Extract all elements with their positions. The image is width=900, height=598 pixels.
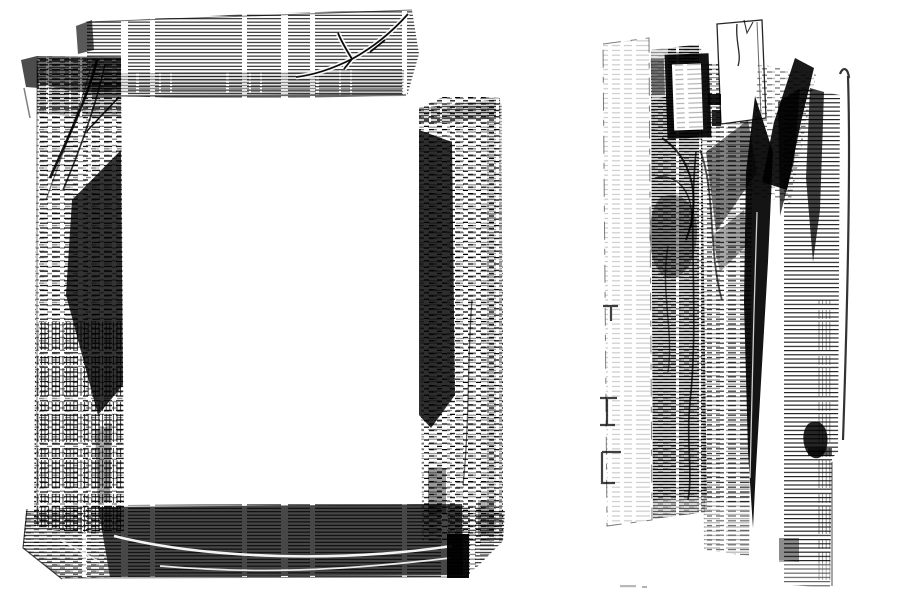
right-post-edge-shading (487, 104, 502, 540)
top-beam-bottom-edge (92, 95, 406, 96)
plank-c-low-patch (779, 538, 799, 562)
etching-canvas (0, 0, 900, 598)
ground-dot (642, 586, 647, 588)
right-post-dark-band (419, 130, 455, 428)
back-plank (600, 38, 652, 526)
sill-dark-block (447, 534, 469, 578)
plank-joint-mark-2 (712, 110, 721, 126)
plank-b-bottom-fade (705, 500, 749, 556)
top-beam-shadow (90, 70, 404, 95)
plank-c-knot-bar (808, 448, 832, 456)
etching-svg (0, 0, 900, 598)
right-post (419, 95, 503, 546)
plank-c-bottom-fade (779, 560, 830, 588)
left-post-lower-streak (95, 425, 112, 505)
plank-joint-mark-1 (708, 94, 721, 105)
top-beam-left-end (76, 20, 94, 54)
top-beam (76, 10, 419, 99)
bottom-beam (23, 503, 505, 579)
mortise-inner-shading (672, 64, 703, 131)
figure-planks-side-view (600, 20, 849, 588)
mortise-left-mark (651, 59, 665, 95)
bottom-beam-dark-mass (98, 504, 463, 577)
ground-dash (620, 585, 636, 587)
